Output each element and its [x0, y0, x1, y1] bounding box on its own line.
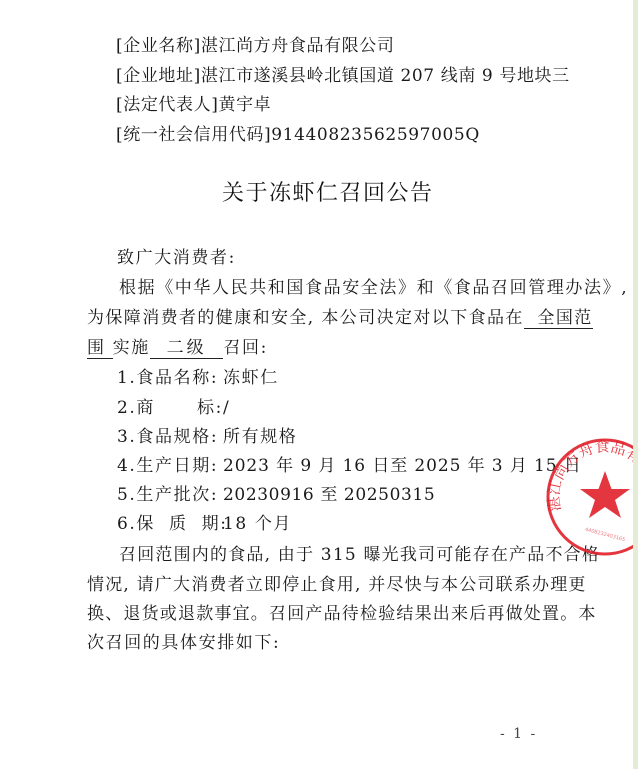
list-item-trademark: 2.商 标:/ — [117, 397, 230, 419]
list-item-shelf-life: 6.保 质 期:18 个月 — [117, 513, 292, 535]
legal-rep-line: [法定代表人]黄宇卓 — [116, 94, 271, 116]
scan-edge-strip — [633, 0, 638, 769]
intro-line-2: 为保障消费者的健康和安全, 本公司决定对以下食品在 全国范 — [87, 307, 556, 329]
item-value: 20230916 至 20250315 — [223, 485, 435, 505]
page-number: - 1 - — [500, 726, 537, 742]
notice-line-4: 次召回的具体安排如下: — [87, 632, 556, 654]
recall-scope-part1: 全国范 — [524, 308, 593, 329]
legal-rep-value: 黄宇卓 — [218, 95, 271, 115]
recall-suffix: 召回: — [223, 338, 268, 358]
notice-line-2: 情况, 请广大消费者立即停止食用, 并尽快与本公司联系办理更 — [87, 574, 556, 596]
list-item-batch: 5.生产批次:20230916 至 20250315 — [117, 484, 435, 506]
notice-line-3: 换、退货或退款事宜。召回产品待检验结果出来后再做处置。本 — [87, 603, 556, 625]
seal-text: 湛江尚方舟食品有限公司 — [545, 437, 638, 512]
company-address-line: [企业地址]湛江市遂溪县岭北镇国道 207 线南 9 号地块三 — [116, 65, 570, 87]
company-seal-icon: 湛江尚方舟食品有限公司 4408232403165 — [544, 436, 638, 558]
list-item-production-date: 4.生产日期:2023 年 9 月 16 日至 2025 年 3 月 15 日 — [117, 455, 582, 477]
list-item-specification: 3.食品规格:所有规格 — [117, 426, 297, 448]
company-name-line: [企业名称]湛江尚方舟食品有限公司 — [116, 35, 394, 57]
item-label: 1.食品名称: — [117, 367, 223, 389]
item-label: 5.生产批次: — [117, 484, 223, 506]
company-name-value: 湛江尚方舟食品有限公司 — [201, 36, 395, 56]
salutation: 致广大消费者: — [117, 247, 236, 269]
intro-line-1: 根据《中华人民共和国食品安全法》和《食品召回管理办法》, — [119, 277, 556, 299]
implement-text: 实施 — [113, 338, 150, 358]
company-address-label: [企业地址] — [116, 66, 201, 86]
document-title: 关于冻虾仁召回公告 — [222, 180, 434, 208]
item-value: 冻虾仁 — [223, 368, 279, 388]
credit-code-line: [统一社会信用代码]91440823562597005Q — [116, 124, 480, 146]
notice-line-1: 召回范围内的食品, 由于 315 曝光我司可能存在产品不合格 — [119, 544, 556, 566]
item-value: 2023 年 9 月 16 日至 2025 年 3 月 15 日 — [223, 456, 582, 476]
recall-scope-part2: 围 — [87, 338, 113, 359]
legal-rep-label: [法定代表人] — [116, 95, 218, 115]
credit-code-value: 91440823562597005Q — [271, 125, 480, 145]
intro-line-2-text: 为保障消费者的健康和安全, 本公司决定对以下食品在 — [87, 308, 524, 328]
company-address-value: 湛江市遂溪县岭北镇国道 207 线南 9 号地块三 — [201, 66, 570, 86]
svg-text:4408232403165: 4408232403165 — [584, 527, 626, 544]
item-label: 2.商 标: — [117, 397, 223, 419]
item-value: 18 个月 — [223, 514, 292, 534]
company-name-label: [企业名称] — [116, 36, 201, 56]
credit-code-label: [统一社会信用代码] — [116, 125, 271, 145]
intro-line-3: 围 实施 二级 召回: — [87, 337, 268, 359]
svg-text:湛江尚方舟食品有限公司: 湛江尚方舟食品有限公司 — [545, 437, 638, 512]
item-label: 4.生产日期: — [117, 455, 223, 477]
item-label: 6.保 质 期: — [117, 513, 223, 535]
recall-level: 二级 — [150, 338, 224, 359]
item-value: 所有规格 — [223, 427, 297, 447]
document-page: [企业名称]湛江尚方舟食品有限公司 [企业地址]湛江市遂溪县岭北镇国道 207 … — [0, 0, 633, 769]
item-value: / — [223, 398, 230, 418]
list-item-food-name: 1.食品名称:冻虾仁 — [117, 367, 279, 389]
item-label: 3.食品规格: — [117, 426, 223, 448]
